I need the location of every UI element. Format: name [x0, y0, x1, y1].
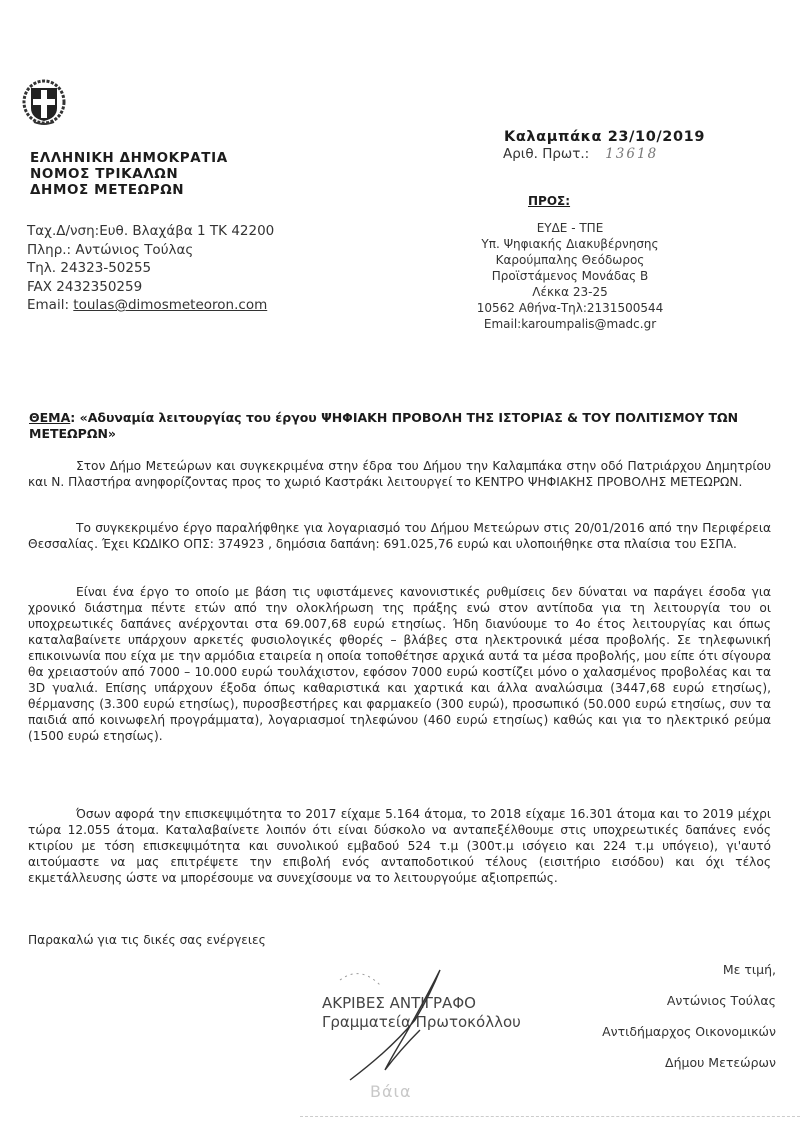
recipient-line: ΕΥΔΕ - ΤΠΕ — [420, 220, 720, 236]
body-paragraph: Στον Δήμο Μετεώρων και συγκεκριμένα στην… — [28, 458, 771, 490]
recipient-label: ΠΡΟΣ: — [528, 194, 570, 208]
body-paragraph: Είναι ένα έργο το οποίο με βάση τις υφισ… — [28, 584, 771, 744]
greek-coat-of-arms-icon — [20, 78, 68, 128]
body-paragraph: Όσων αφορά την επισκεψιμότητα το 2017 εί… — [28, 806, 771, 886]
org-line-municipality: ΔΗΜΟΣ ΜΕΤΕΩΡΩΝ — [30, 182, 228, 198]
protocol-number-row: Αριθ. Πρωτ.:13618 — [503, 146, 658, 162]
sender-fax: FAX 2432350259 — [27, 278, 274, 297]
sender-contact-block: Ταχ.Δ/νση:Ευθ. Βλαχάβα 1 ΤΚ 42200 Πληρ.:… — [27, 222, 274, 315]
org-line-prefecture: ΝΟΜΟΣ ΤΡΙΚΑΛΩΝ — [30, 166, 228, 182]
signoff-title: Αντιδήμαρχος Οικονομικών — [560, 1024, 776, 1055]
closing-request: Παρακαλώ για τις δικές σας ενέργειες — [28, 933, 266, 947]
subject-label: ΘΕΜΑ — [29, 410, 70, 425]
recipient-email: Email:karoumpalis@madc.gr — [420, 316, 720, 332]
sender-email-row: Email: toulas@dimosmeteoron.com — [27, 296, 274, 315]
sender-email-label: Email: — [27, 297, 73, 313]
recipient-line: Καρούμπαλης Θεόδωρος — [420, 252, 720, 268]
subject-text: : «Αδυναμία λειτουργίας του έργου ΨΗΦΙΑΚ… — [29, 410, 738, 441]
protocol-label: Αριθ. Πρωτ.: — [503, 146, 589, 162]
paragraph-text: Στον Δήμο Μετεώρων και συγκεκριμένα στην… — [28, 459, 771, 489]
faded-stamp-text: Βάια — [370, 1082, 411, 1101]
recipient-line: Υπ. Ψηφιακής Διακυβέρνησης — [420, 236, 720, 252]
recipient-line: Λέκκα 23-25 — [420, 284, 720, 300]
subject-line: ΘΕΜΑ: «Αδυναμία λειτουργίας του έργου ΨΗ… — [29, 410, 779, 442]
recipient-line: 10562 Αθήνα-Τηλ:2131500544 — [420, 300, 720, 316]
signoff-greeting: Με τιμή, — [560, 962, 776, 993]
paragraph-text: Όσων αφορά την επισκεψιμότητα το 2017 εί… — [28, 807, 771, 885]
paragraph-text: Είναι ένα έργο το οποίο με βάση τις υφισ… — [28, 585, 771, 743]
handwritten-signature-icon — [330, 960, 470, 1090]
protocol-number: 13618 — [605, 146, 658, 162]
recipient-line: Προϊστάμενος Μονάδας Β — [420, 268, 720, 284]
org-line-country: ΕΛΛΗΝΙΚΗ ΔΗΜΟΚΡΑΤΙΑ — [30, 150, 228, 166]
body-paragraph: Το συγκεκριμένο έργο παραλήφθηκε για λογ… — [28, 520, 771, 552]
sender-address: Ταχ.Δ/νση:Ευθ. Βλαχάβα 1 ΤΚ 42200 — [27, 222, 274, 241]
signoff-block: Με τιμή, Αντώνιος Τούλας Αντιδήμαρχος Οι… — [560, 962, 776, 1086]
document-date: Καλαμπάκα 23/10/2019 — [504, 129, 705, 145]
sender-phone: Τηλ. 24323-50255 — [27, 259, 274, 278]
scan-edge-line — [300, 1116, 800, 1118]
signoff-name: Αντώνιος Τούλας — [560, 993, 776, 1024]
recipient-block: ΕΥΔΕ - ΤΠΕ Υπ. Ψηφιακής Διακυβέρνησης Κα… — [420, 220, 720, 332]
sender-email-link[interactable]: toulas@dimosmeteoron.com — [73, 297, 267, 313]
signoff-org: Δήμου Μετεώρων — [560, 1055, 776, 1086]
paragraph-text: Το συγκεκριμένο έργο παραλήφθηκε για λογ… — [28, 521, 771, 551]
issuing-organization: ΕΛΛΗΝΙΚΗ ΔΗΜΟΚΡΑΤΙΑ ΝΟΜΟΣ ΤΡΙΚΑΛΩΝ ΔΗΜΟΣ… — [30, 150, 228, 198]
sender-info-person: Πληρ.: Αντώνιος Τούλας — [27, 241, 274, 260]
